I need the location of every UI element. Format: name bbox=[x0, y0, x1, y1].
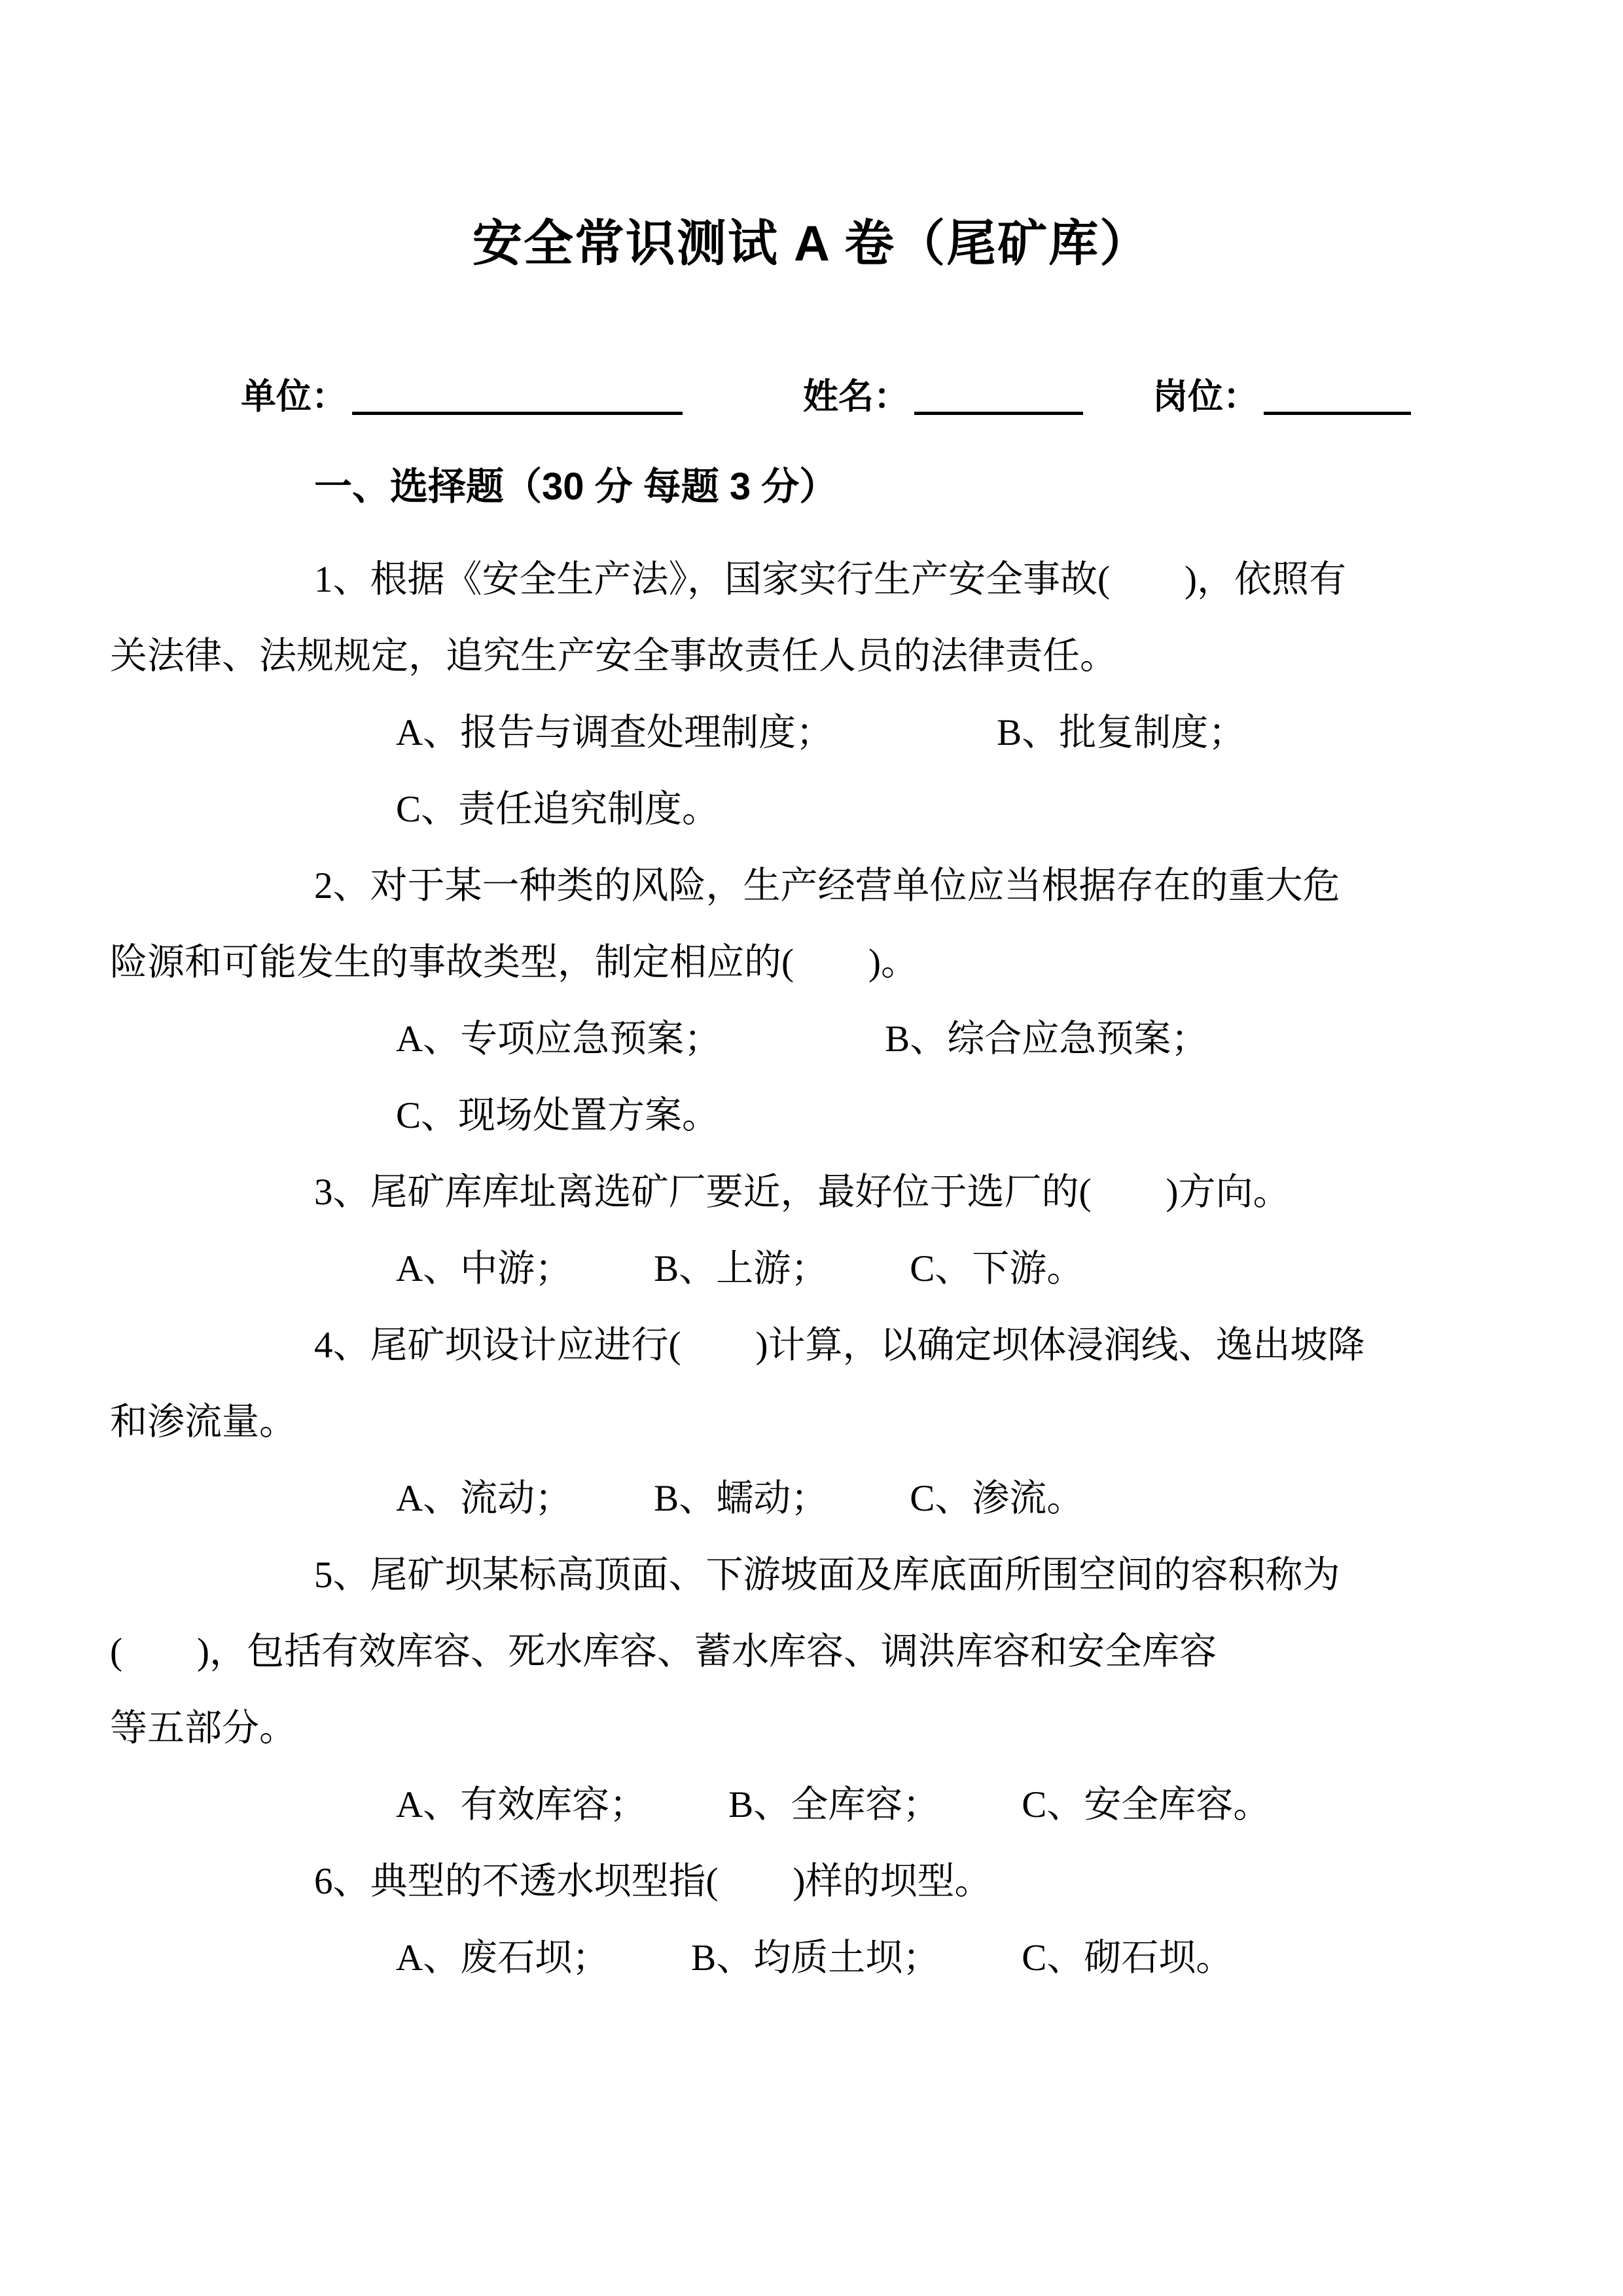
q2-options-row-1: A、专项应急预案； B、综合应急预案； bbox=[110, 1001, 1393, 1077]
post-label: 岗位： bbox=[1152, 377, 1258, 416]
q5-options-row: A、有效库容； B、全库容； C、安全库容。 bbox=[110, 1767, 1393, 1843]
q2-options-row-2: C、现场处置方案。 bbox=[110, 1077, 1393, 1154]
q2-line-2: 险源和可能发生的事故类型，制定相应的( )。 bbox=[110, 924, 1393, 1001]
document-page: 安全常识测试 A 卷（尾矿库） 单位： 姓名： 岗位： 一、选择题（30 分 每… bbox=[0, 0, 1623, 2296]
unit-label: 单位： bbox=[241, 377, 347, 416]
q1-options-row-2: C、责任追究制度。 bbox=[110, 771, 1393, 848]
q3-option-b: B、上游； bbox=[654, 1230, 828, 1307]
q3-line-1: 3、尾矿库库址离选矿厂要近，最好位于选厂的( )方向。 bbox=[110, 1154, 1393, 1230]
form-row: 单位： 姓名： 岗位： bbox=[0, 364, 1623, 442]
q3-option-c: C、下游。 bbox=[910, 1230, 1084, 1307]
q6-option-a: A、废石坝； bbox=[396, 1920, 609, 1996]
q2-option-c: C、现场处置方案。 bbox=[396, 1077, 719, 1154]
q5-option-b: B、全库容； bbox=[728, 1767, 940, 1843]
q3-option-a: A、中游； bbox=[396, 1230, 572, 1307]
q6-option-b: B、均质土坝； bbox=[691, 1920, 940, 1996]
unit-field: 单位： bbox=[241, 364, 683, 429]
q4-line-2: 和渗流量。 bbox=[110, 1384, 1393, 1460]
page-title: 安全常识测试 A 卷（尾矿库） bbox=[0, 208, 1623, 280]
question-section: 一、选择题（30 分 每题 3 分） 1、根据《安全生产法》，国家实行生产安全事… bbox=[110, 448, 1393, 1996]
q1-line-2: 关法律、法规规定，追究生产安全事故责任人员的法律责任。 bbox=[110, 618, 1393, 694]
q4-option-b: B、蠕动； bbox=[654, 1460, 828, 1537]
q4-option-c: C、渗流。 bbox=[910, 1460, 1084, 1537]
post-field: 岗位： bbox=[1152, 364, 1411, 429]
q5-option-a: A、有效库容； bbox=[396, 1767, 647, 1843]
q5-line-2: ( )，包括有效库容、死水库容、蓄水库容、调洪库容和安全库容 bbox=[110, 1613, 1393, 1690]
section-heading: 一、选择题（30 分 每题 3 分） bbox=[110, 448, 1393, 525]
q6-option-c: C、砌石坝。 bbox=[1022, 1920, 1233, 1996]
q2-option-a: A、专项应急预案； bbox=[396, 1001, 721, 1077]
q2-option-b: B、综合应急预案； bbox=[885, 1001, 1208, 1077]
q4-line-1: 4、尾矿坝设计应进行( )计算，以确定坝体浸润线、逸出坡降 bbox=[110, 1307, 1393, 1384]
q1-options-row-1: A、报告与调查处理制度； B、批复制度； bbox=[110, 694, 1393, 771]
q1-line-1: 1、根据《安全生产法》，国家实行生产安全事故( )，依照有 bbox=[110, 541, 1393, 618]
q3-options-row: A、中游； B、上游； C、下游。 bbox=[110, 1230, 1393, 1307]
q6-line-1: 6、典型的不透水坝型指( )样的坝型。 bbox=[110, 1843, 1393, 1920]
q4-option-a: A、流动； bbox=[396, 1460, 572, 1537]
name-label: 姓名： bbox=[803, 377, 909, 416]
name-blank-line bbox=[914, 371, 1083, 415]
q6-options-row: A、废石坝； B、均质土坝； C、砌石坝。 bbox=[110, 1920, 1393, 1996]
q5-line-3: 等五部分。 bbox=[110, 1690, 1393, 1767]
unit-blank-line bbox=[352, 371, 683, 415]
q1-option-b: B、批复制度； bbox=[997, 694, 1245, 771]
q1-option-a: A、报告与调查处理制度； bbox=[396, 694, 833, 771]
q2-line-1: 2、对于某一种类的风险，生产经营单位应当根据存在的重大危 bbox=[110, 848, 1393, 924]
q5-option-c: C、安全库容。 bbox=[1022, 1767, 1270, 1843]
q4-options-row: A、流动； B、蠕动； C、渗流。 bbox=[110, 1460, 1393, 1537]
q1-option-c: C、责任追究制度。 bbox=[396, 771, 719, 848]
post-blank-line bbox=[1264, 371, 1411, 415]
name-field: 姓名： bbox=[803, 364, 1083, 429]
q5-line-1: 5、尾矿坝某标高顶面、下游坡面及库底面所围空间的容积称为 bbox=[110, 1537, 1393, 1613]
